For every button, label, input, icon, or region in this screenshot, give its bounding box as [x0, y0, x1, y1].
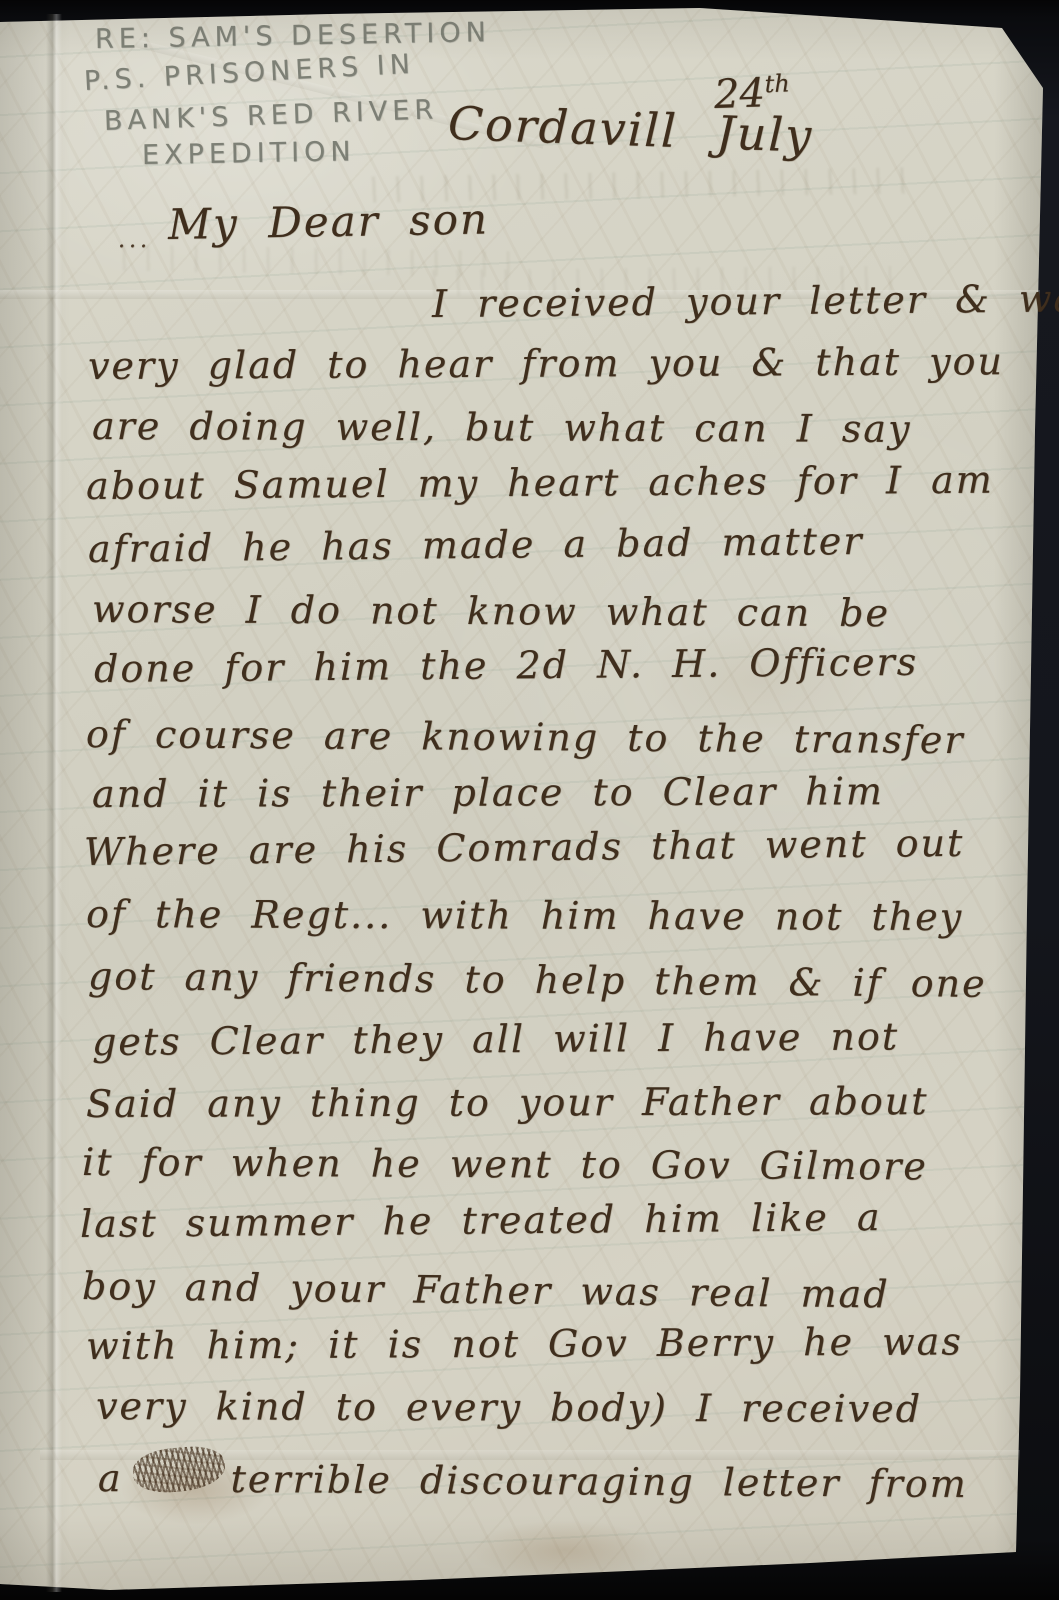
letter-line: I received your letter & was — [432, 276, 1059, 326]
letter-line: Said any thing to your Father about — [86, 1079, 929, 1126]
heading-day-number: 24 — [713, 70, 765, 118]
pencil-annotation-line: EXPEDITION — [142, 136, 356, 171]
letter-line: got any friends to help them & if one — [88, 954, 987, 1006]
salutation-flourish: ... — [118, 228, 151, 253]
heading-place: Cordavill — [447, 96, 679, 158]
letter-line: done for him the 2d N. H. Officers — [94, 640, 919, 691]
letter-line: with him; it is not Gov Berry he was — [86, 1319, 963, 1368]
letter-line: and it is their place to Clear him — [92, 769, 884, 816]
crossed-out-word — [131, 1444, 226, 1495]
letter-line: worse I do not know what can be — [92, 587, 890, 635]
final-line-prefix: a — [98, 1456, 123, 1500]
salutation: My Dear son — [168, 194, 490, 249]
letter-line: very glad to hear from you & that you — [88, 339, 1004, 388]
letter-line: are doing well, but what can I say — [92, 404, 912, 451]
letter-line: about Samuel my heart aches for I am — [86, 458, 994, 508]
letter-line: afraid he has made a bad matter — [88, 519, 864, 571]
letter-line: of the Regt... with him have not they — [86, 892, 963, 939]
letter-photograph: RE: SAM'S DESERTION P.S. PRISONERS IN BA… — [0, 0, 1059, 1600]
letter-line: boy and your Father was real mad — [82, 1264, 890, 1316]
letter-line: it for when he went to Gov Gilmore — [82, 1140, 928, 1188]
letter-line: of course are knowing to the transfer — [86, 712, 965, 762]
letter-line: very kind to every body) I received — [96, 1384, 922, 1431]
letter-line: gets Clear they all will I have not — [92, 1014, 899, 1064]
letter-line: last summer he treated him like a — [80, 1195, 882, 1246]
heading-date: 24th — [713, 69, 791, 118]
letter-line-final: a terrible discouraging letter from — [98, 1447, 968, 1506]
letter-line: Where are his Comrads that went out — [84, 821, 965, 874]
heading-day-suffix: th — [764, 69, 790, 98]
final-line-rest: terrible discouraging letter from — [230, 1457, 967, 1506]
